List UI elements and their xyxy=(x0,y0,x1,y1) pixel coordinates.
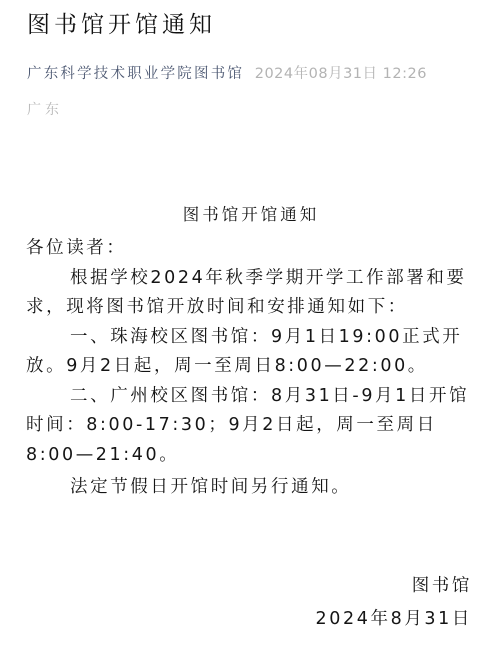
publish-location: 广东 xyxy=(27,99,63,119)
notice-paragraph-intro: 根据学校2024年秋季学期开学工作部署和要求，现将图书馆开放时间和安排通知如下： xyxy=(26,264,476,323)
article-title: 图书馆开馆通知 xyxy=(27,6,216,39)
account-name-link[interactable]: 广东科学技术职业学院图书馆 xyxy=(27,66,244,82)
signature-date: 2024年8月31日 xyxy=(316,603,472,636)
notice-document: 图书馆开馆通知 各位读者： 根据学校2024年秋季学期开学工作部署和要求，现将图… xyxy=(26,200,476,503)
notice-paragraph-zhuhai: 一、珠海校区图书馆：9月1日19:00正式开放。9月2日起，周一至周日8:00—… xyxy=(26,323,476,382)
notice-paragraph-guangzhou: 二、广州校区图书馆：8月31日-9月1日开馆时间：8:00-17:30；9月2日… xyxy=(26,382,476,471)
notice-title: 图书馆开馆通知 xyxy=(26,200,476,230)
notice-signature: 图书馆 2024年8月31日 xyxy=(316,570,472,636)
notice-salutation: 各位读者： xyxy=(26,234,476,264)
signature-org: 图书馆 xyxy=(316,570,472,603)
notice-paragraph-holiday: 法定节假日开馆时间另行通知。 xyxy=(26,473,476,503)
article-meta: 广东科学技术职业学院图书馆 2024年08月31日 12:26 xyxy=(27,62,427,83)
publish-time: 2024年08月31日 12:26 xyxy=(255,66,427,82)
